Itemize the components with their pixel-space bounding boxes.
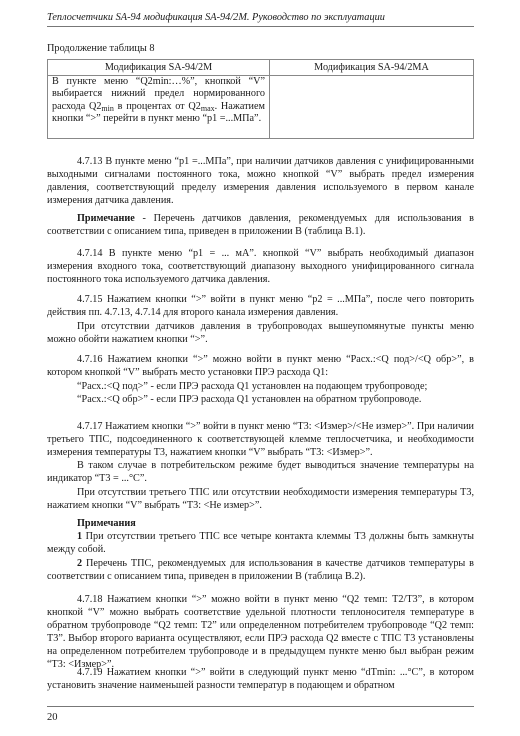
paragraph-4-7-17-no-tps: При отсутствии третьего ТПС или отсутств…	[47, 486, 474, 512]
table-8-continuation: Модификация SA-94/2М Модификация SA-94/2…	[47, 59, 474, 139]
paragraph-4-7-17-display: В таком случае в потребительском режиме …	[47, 459, 474, 485]
note-label: Примечание	[77, 213, 135, 224]
paragraph-4-7-14: 4.7.14 В пункте меню “p1 = ... мА”. кноп…	[47, 247, 474, 286]
paragraph-4-7-19: 4.7.19 Нажатием кнопки “>” войти в следу…	[47, 666, 474, 692]
page-number: 20	[47, 711, 58, 724]
column-header-sa94-2ma: Модификация SA-94/2МА	[270, 60, 474, 76]
cell-sa94-2ma	[270, 76, 474, 139]
notes-heading: Примечания	[47, 517, 474, 530]
footer-rule	[47, 706, 474, 707]
paragraph-4-7-15: 4.7.15 Нажатием кнопки “>” войти в пункт…	[47, 293, 474, 319]
note-1: 1 При отсутствии третьего ТПС все четыре…	[47, 530, 474, 556]
running-header: Теплосчетчики SA-94 модификация SA-94/2М…	[47, 11, 474, 27]
paragraph-4-7-17: 4.7.17 Нажатием кнопки “>” войти в пункт…	[47, 420, 474, 459]
option-q-obr: “Расх.:<Q обр>” - если ПРЭ расхода Q1 ус…	[47, 393, 504, 406]
table-row: В пункте меню “Q2min:…%”, кнопкой “V” вы…	[48, 76, 474, 139]
paragraph-4-7-18: 4.7.18 Нажатием кнопки “>” можно войти в…	[47, 593, 474, 671]
table-caption: Продолжение таблицы 8	[47, 42, 155, 55]
note-pressure-sensors: Примечание - Перечень датчиков давления,…	[47, 212, 474, 238]
column-header-sa94-2m: Модификация SA-94/2М	[48, 60, 270, 76]
paragraph-4-7-13: 4.7.13 В пункте меню “p1 =...МПа”, при н…	[47, 155, 474, 207]
paragraph-4-7-15-continued: При отсутствии датчиков давления в трубо…	[47, 320, 474, 346]
option-q-pod: “Расх.:<Q под>” - если ПРЭ расхода Q1 ус…	[47, 380, 504, 393]
note-2: 2 Перечень ТПС, рекомендуемых для исполь…	[47, 557, 474, 583]
cell-sa94-2m: В пункте меню “Q2min:…%”, кнопкой “V” вы…	[48, 76, 270, 139]
paragraph-4-7-16: 4.7.16 Нажатием кнопки “>” можно войти в…	[47, 353, 474, 379]
